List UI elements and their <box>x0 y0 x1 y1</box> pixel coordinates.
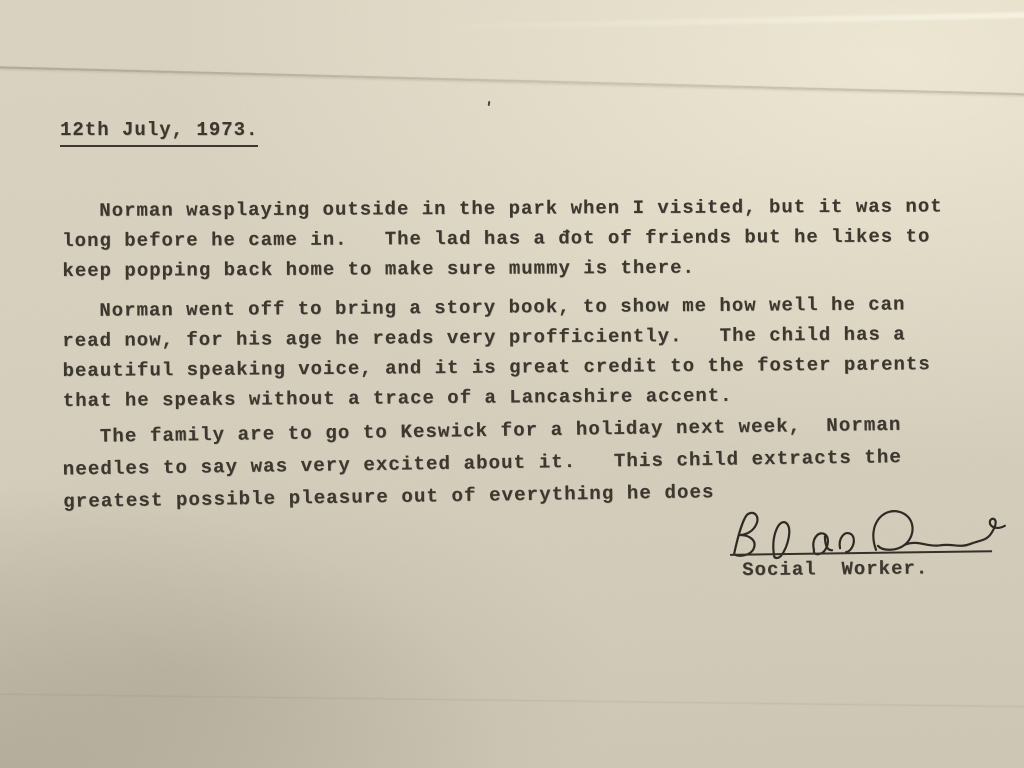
signature-block: Social Worker. <box>718 504 1009 587</box>
typed-line: keep popping back home to make sure mumm… <box>62 251 943 286</box>
typewritten-letter-photo: 12th July, 1973. Norman wasplaying outsi… <box>0 0 1024 768</box>
date-heading: 12th July, 1973. <box>60 118 258 147</box>
typed-line: long before he came in. The lad has a đo… <box>62 221 943 256</box>
typed-line: Norman wasplaying outside in the park wh… <box>62 191 943 226</box>
paper-crease-bottom <box>0 694 1024 708</box>
paragraph-reading: Norman went off to bring a story book, t… <box>62 289 931 416</box>
paragraph-visit: Norman wasplaying outside in the park wh… <box>62 191 943 286</box>
paragraph-holiday: The family are to go to Keswick for a ho… <box>62 409 903 518</box>
paper-crease-top <box>0 66 1024 96</box>
signature-role-label: Social Worker. <box>742 557 928 581</box>
stray-ink-mark <box>488 101 491 106</box>
signature-scrawl <box>718 504 1009 567</box>
paper-fold-highlight <box>420 11 1024 30</box>
